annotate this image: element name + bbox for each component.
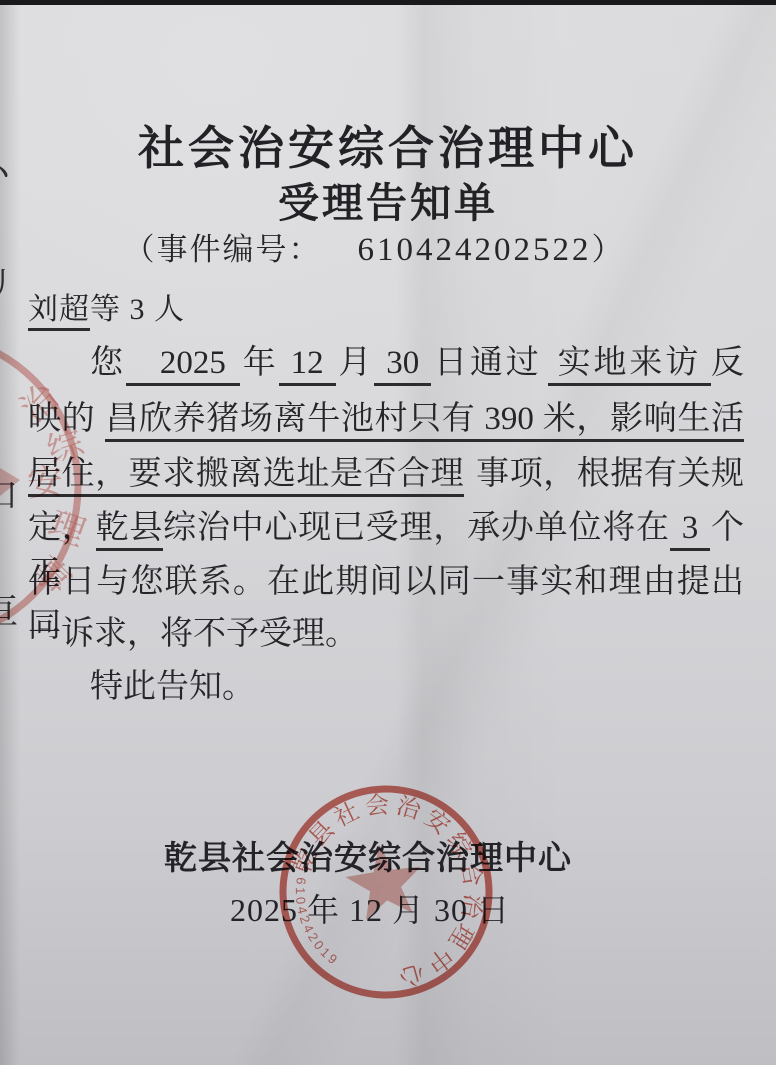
blank-working-days: 3 — [670, 510, 711, 551]
doc-title-line1: 社会治安综合治理中心 — [0, 112, 776, 178]
body-l1-day-label: 日通过 — [431, 345, 541, 381]
left-seal-star-tip-icon — [0, 468, 20, 496]
event-number-label: （事件编号： — [124, 232, 322, 267]
blank-channel: 实地来访 — [548, 345, 711, 386]
document-photo: 丶 丿 口 亘 社会治安综合治理中心 受理告知单 （事件编号：610424202… — [0, 0, 776, 1065]
photo-top-edge — [0, 0, 776, 5]
notice-close-line: 特此告知。 — [28, 665, 744, 709]
left-seal-char: 治 — [13, 375, 67, 429]
body-l4-mid: 综治中心现已受理，承办单位将在 — [163, 510, 670, 546]
left-seal-char: 理 — [43, 504, 91, 554]
left-seal-char: 安 — [26, 462, 65, 504]
left-partial-seal-icon: 治 综 安 理 事 — [0, 320, 200, 660]
seal-code: 6104242019 — [290, 871, 344, 973]
doc-title-line2: 受理告知单 — [0, 170, 776, 229]
body-l1-year-label: 年 — [240, 345, 279, 381]
body-l1-tail: 反 — [711, 345, 744, 381]
seal-star-icon — [342, 839, 427, 921]
blank-month: 12 — [279, 345, 336, 386]
blank-issue-description: 昌欣养猪场离牛池村只有 390 米，影响生活 — [105, 401, 744, 442]
event-number-close: ） — [592, 232, 625, 267]
blank-day: 30 — [374, 345, 431, 386]
official-seal-icon: 乾县社会治安综合治理中心 6104242019 — [246, 750, 526, 1030]
body-l3-rest: 事项，根据有关规 — [476, 456, 744, 492]
event-number-line: （事件编号：610424202522） — [0, 224, 762, 269]
event-number-value: 610424202522 — [358, 232, 592, 268]
body-l1-month-label: 月 — [336, 345, 375, 381]
